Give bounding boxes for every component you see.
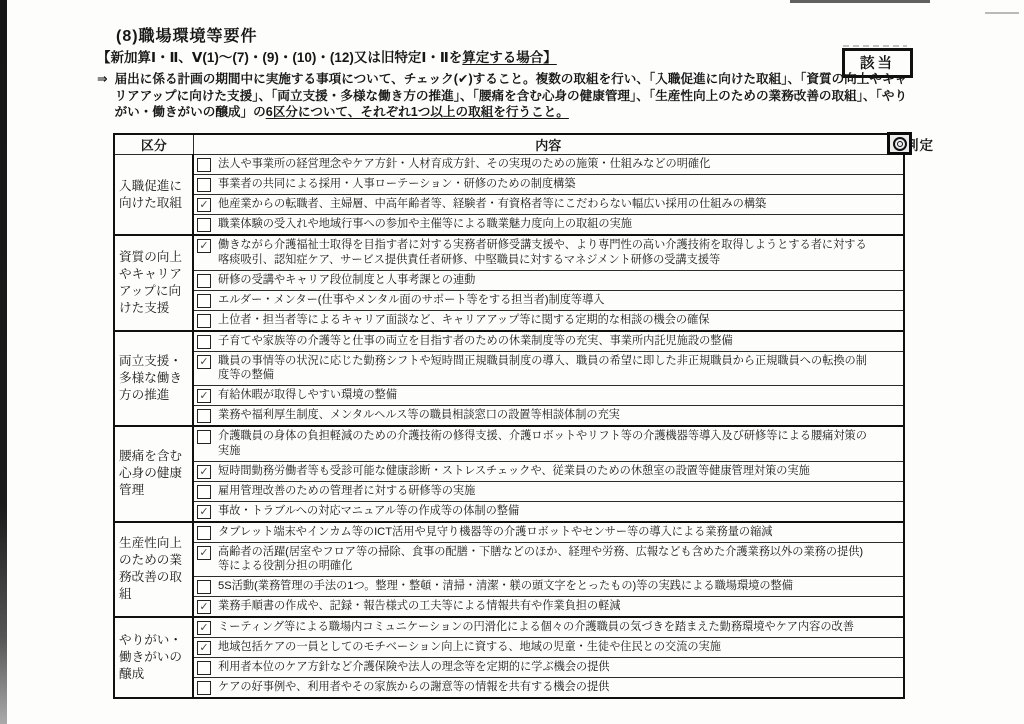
- requirement-item: ✓ミーティング等による職場内コミュニケーションの円滑化による個々の介護職員の気づ…: [193, 617, 904, 638]
- requirement-item: ✓有給休暇が取得しやすい環境の整備: [193, 386, 904, 406]
- requirement-text: 業務や福利厚生制度、メンタルヘルス等の職員相談窓口の設置等相談体制の充実: [218, 408, 620, 423]
- requirement-item: 業務や福利厚生制度、メンタルヘルス等の職員相談窓口の設置等相談体制の充実: [193, 406, 904, 427]
- checkbox-unchecked[interactable]: [197, 485, 211, 499]
- condition-heading-underlined: 算定する場合】: [462, 50, 557, 65]
- requirement-text: タブレット端末やインカム等のICT活用や見守り機器等の介護ロボットやセンサー等の…: [218, 525, 772, 540]
- checkbox-checked[interactable]: ✓: [197, 389, 211, 403]
- checkbox-unchecked[interactable]: [197, 580, 211, 594]
- requirement-item: ✓高齢者の活躍(居室やフロア等の掃除、食事の配膳・下膳などのほか、経理や労務、広…: [193, 542, 904, 577]
- checkbox-unchecked[interactable]: [197, 158, 211, 172]
- table-row: ✓事故・トラブルへの対応マニュアル等の作成等の体制の整備: [114, 501, 904, 522]
- table-row: 5S活動(業務管理の手法の1つ。整理・整頓・清掃・清潔・躾の頭文字をとったもの)…: [114, 577, 904, 597]
- table-row: 雇用管理改善のための管理者に対する研修等の実施: [114, 481, 904, 501]
- table-row: ✓他産業からの転職者、主婦層、中高年齢者等、経験者・有資格者等にこだわらない幅広…: [114, 195, 904, 215]
- requirement-text: 法人や事業所の経営理念やケア方針・人材育成方針、その実現のための施策・仕組みなど…: [218, 157, 710, 172]
- table-row: 事業者の共同による採用・人事ローテーション・研修のための制度構築: [114, 175, 904, 195]
- table-row: 職業体験の受入れや地域行事への参加や主催等による職業魅力度向上の取組の実施: [114, 215, 904, 236]
- requirement-item: ✓業務手順書の作成や、記録・報告様式の工夫等による情報共有や作業負担の軽減: [193, 597, 904, 618]
- table-row: エルダー・メンター(仕事やメンタル面のサポート等をする担当者)制度等導入: [114, 290, 904, 310]
- requirement-item: 法人や事業所の経営理念やケア方針・人材育成方針、その実現のための施策・仕組みなど…: [193, 155, 904, 175]
- arrow-icon: ⇒: [97, 71, 108, 121]
- requirement-text: 利用者本位のケア方針など介護保険や法人の理念等を定期的に学ぶ機会の提供: [218, 660, 610, 675]
- checkbox-unchecked[interactable]: [197, 178, 211, 192]
- checkbox-checked[interactable]: ✓: [197, 465, 211, 479]
- table-row: 両立支援・多様な働き方の推進子育てや家族等の介護等と仕事の両立を目指す者のための…: [114, 331, 904, 352]
- scan-artifact-dash: [985, 12, 1019, 14]
- scan-artifact-dotted-line: [843, 45, 907, 47]
- requirement-text: 職員の事情等の状況に応じた勤務シフトや短時間正規職員制度の導入、職員の希望に即し…: [218, 354, 870, 384]
- requirement-item: ✓職員の事情等の状況に応じた勤務シフトや短時間正規職員制度の導入、職員の希望に即…: [193, 351, 904, 386]
- requirement-text: 働きながら介護福祉士取得を目指す者に対する実務者研修受講支援や、より専門性の高い…: [218, 238, 870, 268]
- workplace-requirements-table: 区分 内容 判定 入職促進に向けた取組法人や事業所の経営理念やケア方針・人材育成…: [113, 133, 905, 699]
- table-row: 利用者本位のケア方針など介護保険や法人の理念等を定期的に学ぶ機会の提供: [114, 658, 904, 678]
- instruction-text: 届出に係る計画の期間中に実施する事項について、チェック(✔)すること。複数の取組…: [115, 71, 909, 121]
- requirement-text: 職業体験の受入れや地域行事への参加や主催等による職業魅力度向上の取組の実施: [218, 217, 632, 232]
- section-category-1: 資質の向上やキャリアアップに向けた支援: [114, 235, 193, 331]
- table-row: 上位者・担当者等によるキャリア面談など、キャリアアップ等に関する定期的な相談の機…: [114, 310, 904, 331]
- requirement-item: 事業者の共同による採用・人事ローテーション・研修のための制度構築: [193, 175, 904, 195]
- requirement-item: ✓短時間勤務労働者等も受診可能な健康診断・ストレスチェックや、従業員のための休憩…: [193, 461, 904, 481]
- column-header-content: 内容 判定: [193, 134, 904, 155]
- section-category-5: やりがい・働きがいの醸成: [114, 617, 193, 698]
- checkbox-checked[interactable]: ✓: [197, 239, 211, 253]
- section-category-3: 腰痛を含む心身の健康管理: [114, 426, 193, 522]
- section-category-2: 両立支援・多様な働き方の推進: [114, 331, 193, 427]
- checkbox-checked[interactable]: ✓: [197, 198, 211, 212]
- requirement-item: 5S活動(業務管理の手法の1つ。整理・整頓・清掃・清潔・躾の頭文字をとったもの)…: [193, 577, 904, 597]
- table-row: ✓業務手順書の作成や、記録・報告様式の工夫等による情報共有や作業負担の軽減: [114, 597, 904, 618]
- requirement-text: 研修の受講やキャリア段位制度と人事考課との連動: [218, 273, 475, 288]
- section-category-4: 生産性向上のための業務改善の取組: [114, 522, 193, 618]
- requirement-text: 地域包括ケアの一員としてのモチベーション向上に資する、地域の児童・生徒や住民との…: [218, 640, 721, 655]
- table-row: 腰痛を含む心身の健康管理介護職員の身体の負担軽減のための介護技術の修得支援、介護…: [114, 426, 904, 461]
- requirement-text: 事故・トラブルへの対応マニュアル等の作成等の体制の整備: [218, 504, 519, 519]
- table-row: 研修の受講やキャリア段位制度と人事考課との連動: [114, 270, 904, 290]
- requirement-text: 有給休暇が取得しやすい環境の整備: [218, 388, 397, 403]
- page-title: (8)職場環境等要件: [116, 23, 258, 46]
- judgement-stamp: 判定: [887, 132, 934, 155]
- requirement-item: タブレット端末やインカム等のICT活用や見守り機器等の介護ロボットやセンサー等の…: [193, 522, 904, 543]
- requirement-text: 上位者・担当者等によるキャリア面談など、キャリアアップ等に関する定期的な相談の機…: [218, 313, 709, 328]
- requirement-item: 子育てや家族等の介護等と仕事の両立を目指す者のための休業制度等の充実、事業所内託…: [193, 331, 904, 352]
- checkbox-unchecked[interactable]: [197, 681, 211, 695]
- requirement-item: ✓地域包括ケアの一員としてのモチベーション向上に資する、地域の児童・生徒や住民と…: [193, 638, 904, 658]
- requirement-text: ミーティング等による職場内コミュニケーションの円滑化による個々の介護職員の気づき…: [218, 620, 854, 635]
- checkbox-unchecked[interactable]: [197, 218, 211, 232]
- condition-heading-plain: 【新加算Ⅰ・Ⅱ、Ⅴ(1)～(7)・(9)・(10)・(12)又は旧特定Ⅰ・Ⅱを: [97, 50, 462, 65]
- table-row: ケアの好事例や、利用者やその家族からの謝意等の情報を共有する機会の提供: [114, 678, 904, 699]
- requirement-item: ケアの好事例や、利用者やその家族からの謝意等の情報を共有する機会の提供: [193, 678, 904, 699]
- checkbox-checked[interactable]: ✓: [197, 641, 211, 655]
- table-row: ✓高齢者の活躍(居室やフロア等の掃除、食事の配膳・下膳などのほか、経理や労務、広…: [114, 542, 904, 577]
- checkbox-unchecked[interactable]: [197, 294, 211, 308]
- instruction-note: ⇒ 届出に係る計画の期間中に実施する事項について、チェック(✔)すること。複数の…: [97, 71, 909, 121]
- requirement-text: 他産業からの転職者、主婦層、中高年齢者等、経験者・有資格者等にこだわらない幅広い…: [218, 197, 766, 212]
- requirement-text: 業務手順書の作成や、記録・報告様式の工夫等による情報共有や作業負担の軽減: [218, 599, 621, 614]
- requirement-item: ✓働きながら介護福祉士取得を目指す者に対する実務者研修受講支援や、より専門性の高…: [193, 235, 904, 270]
- checkbox-checked[interactable]: ✓: [197, 600, 211, 614]
- requirement-item: ✓事故・トラブルへの対応マニュアル等の作成等の体制の整備: [193, 501, 904, 522]
- requirement-text: 高齢者の活躍(居室やフロア等の掃除、食事の配膳・下膳などのほか、経理や労務、広報…: [218, 545, 870, 575]
- requirement-text: 介護職員の身体の負担軽減のための介護技術の修得支援、介護ロボットやリフト等の介護…: [218, 429, 870, 459]
- checkbox-unchecked[interactable]: [197, 335, 211, 349]
- instruction-emphasis: 6区分について、それぞれ1つ以上の取組を行うこと。: [266, 105, 569, 119]
- table-row: ✓有給休暇が取得しやすい環境の整備: [114, 386, 904, 406]
- checkbox-checked[interactable]: ✓: [197, 505, 211, 519]
- checkbox-checked[interactable]: ✓: [197, 621, 211, 635]
- table-row: ✓短時間勤務労働者等も受診可能な健康診断・ストレスチェックや、従業員のための休憩…: [114, 461, 904, 481]
- requirement-item: 職業体験の受入れや地域行事への参加や主催等による職業魅力度向上の取組の実施: [193, 215, 904, 236]
- requirement-text: エルダー・メンター(仕事やメンタル面のサポート等をする担当者)制度等導入: [218, 293, 604, 308]
- checkbox-unchecked[interactable]: [197, 274, 211, 288]
- table-row: ✓職員の事情等の状況に応じた勤務シフトや短時間正規職員制度の導入、職員の希望に即…: [114, 351, 904, 386]
- table-row: 生産性向上のための業務改善の取組タブレット端末やインカム等のICT活用や見守り機…: [114, 522, 904, 543]
- section-category-0: 入職促進に向けた取組: [114, 155, 193, 236]
- requirement-item: 雇用管理改善のための管理者に対する研修等の実施: [193, 481, 904, 501]
- checkbox-checked[interactable]: ✓: [197, 546, 211, 560]
- double-circle-mark-icon: [887, 132, 912, 155]
- checkbox-unchecked[interactable]: [197, 430, 211, 444]
- requirement-item: エルダー・メンター(仕事やメンタル面のサポート等をする担当者)制度等導入: [193, 290, 904, 310]
- requirement-text: 雇用管理改善のための管理者に対する研修等の実施: [218, 484, 475, 499]
- requirement-text: 5S活動(業務管理の手法の1つ。整理・整頓・清掃・清潔・躾の頭文字をとったもの)…: [218, 579, 793, 594]
- checkbox-unchecked[interactable]: [197, 409, 211, 423]
- requirement-item: 利用者本位のケア方針など介護保険や法人の理念等を定期的に学ぶ機会の提供: [193, 658, 904, 678]
- checkbox-checked[interactable]: ✓: [197, 355, 211, 369]
- requirement-item: 介護職員の身体の負担軽減のための介護技術の修得支援、介護ロボットやリフト等の介護…: [193, 426, 904, 461]
- checkbox-unchecked[interactable]: [197, 526, 211, 540]
- calculation-condition-heading: 【新加算Ⅰ・Ⅱ、Ⅴ(1)～(7)・(9)・(10)・(12)又は旧特定Ⅰ・Ⅱを算…: [97, 46, 557, 66]
- requirement-text: ケアの好事例や、利用者やその家族からの謝意等の情報を共有する機会の提供: [218, 680, 609, 695]
- table-row: ✓地域包括ケアの一員としてのモチベーション向上に資する、地域の児童・生徒や住民と…: [114, 638, 904, 658]
- table-row: 業務や福利厚生制度、メンタルヘルス等の職員相談窓口の設置等相談体制の充実: [114, 406, 904, 427]
- table-row: 資質の向上やキャリアアップに向けた支援✓働きながら介護福祉士取得を目指す者に対す…: [114, 235, 904, 270]
- requirement-item: 研修の受講やキャリア段位制度と人事考課との連動: [193, 270, 904, 290]
- requirement-item: ✓他産業からの転職者、主婦層、中高年齢者等、経験者・有資格者等にこだわらない幅広…: [193, 195, 904, 215]
- table-row: やりがい・働きがいの醸成✓ミーティング等による職場内コミュニケーションの円滑化に…: [114, 617, 904, 638]
- checkbox-unchecked[interactable]: [197, 661, 211, 675]
- scan-artifact-top-smudge: [790, 0, 930, 3]
- table-header-row: 区分 内容 判定: [114, 134, 904, 155]
- requirement-text: 短時間勤務労働者等も受診可能な健康診断・ストレスチェックや、従業員のための休憩室…: [218, 464, 810, 479]
- column-header-category: 区分: [114, 134, 193, 155]
- checkbox-unchecked[interactable]: [197, 314, 211, 328]
- requirement-item: 上位者・担当者等によるキャリア面談など、キャリアアップ等に関する定期的な相談の機…: [193, 310, 904, 331]
- table-row: 入職促進に向けた取組法人や事業所の経営理念やケア方針・人材育成方針、その実現のた…: [114, 155, 904, 175]
- requirement-text: 子育てや家族等の介護等と仕事の両立を目指す者のための休業制度等の充実、事業所内託…: [218, 334, 733, 349]
- scan-artifact-left-edge: [0, 0, 7, 724]
- requirement-text: 事業者の共同による採用・人事ローテーション・研修のための制度構築: [218, 177, 576, 192]
